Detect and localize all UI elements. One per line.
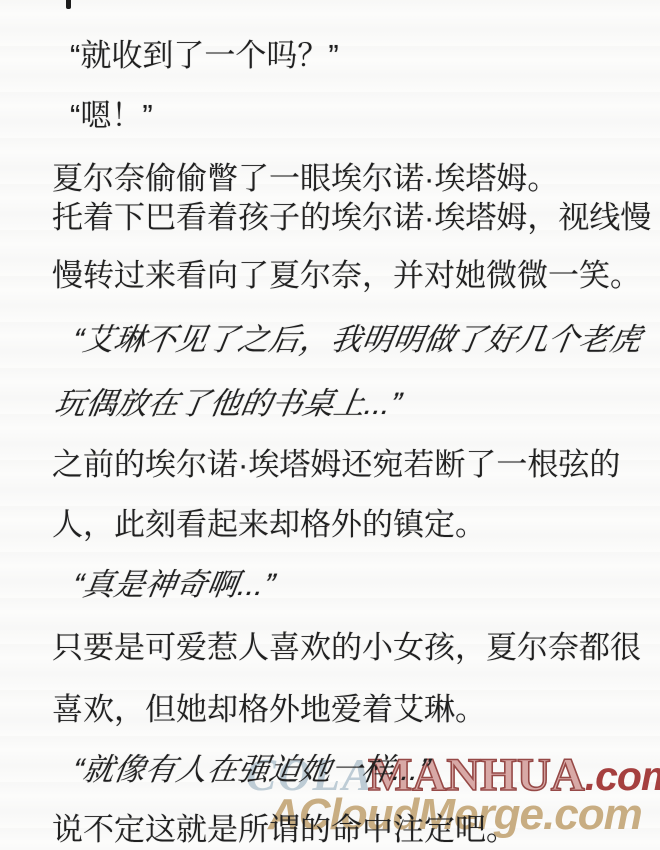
narration-line: 说不定这就是所谓的命中注定吧。 <box>52 812 517 848</box>
narration-line: 慢转过来看向了夏尔奈，并对她微微一笑。 <box>52 258 641 294</box>
narration-line: 只要是可爱惹人喜欢的小女孩，夏尔奈都很 <box>52 630 641 666</box>
cutoff-character-fragment <box>66 0 71 9</box>
thought-line: “真是神奇啊...” <box>70 567 277 603</box>
thought-line: “艾琳不见了之后，我明明做了好几个老虎 <box>70 322 644 358</box>
narration-line: 托着下巴看着孩子的埃尔诺·埃塔姆，视线慢 <box>52 200 651 236</box>
thought-line: “就像有人在强迫她一样...” <box>70 752 432 788</box>
narration-line: 之前的埃尔诺·埃塔姆还宛若断了一根弦的 <box>52 447 620 483</box>
dialogue-line: “嗯！” <box>70 98 153 134</box>
narration-line: 人，此刻看起来却格外的镇定。 <box>52 507 486 543</box>
novel-page: “就收到了一个吗？” “嗯！” 夏尔奈偷偷瞥了一眼埃尔诺·埃塔姆。 托着下巴看着… <box>0 0 660 850</box>
narration-line: 喜欢，但她却格外地爱着艾琳。 <box>52 692 486 728</box>
narration-line: 夏尔奈偷偷瞥了一眼埃尔诺·埃塔姆。 <box>52 161 558 197</box>
thought-line: 玩偶放在了他的书桌上...” <box>52 386 404 422</box>
dialogue-line: “就收到了一个吗？” <box>70 38 339 74</box>
